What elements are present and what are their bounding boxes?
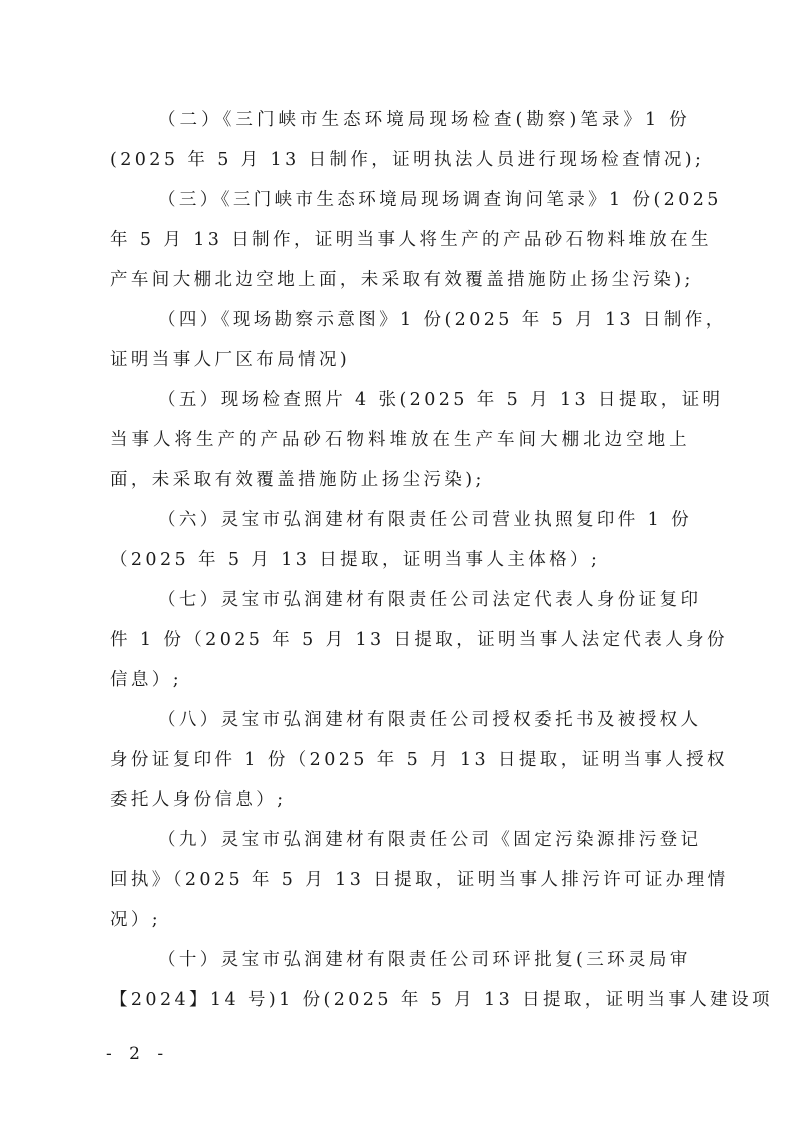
evidence-item-5-line-1: （五）现场检查照片 4 张(2025 年 5 月 13 日提取，证明 — [158, 388, 690, 412]
evidence-item-10-line-1: （十）灵宝市弘润建材有限责任公司环评批复(三环灵局审 — [158, 948, 690, 972]
evidence-item-4-line-1: （四）《现场勘察示意图》1 份(2025 年 5 月 13 日制作， — [158, 308, 690, 332]
page-number: - 2 - — [106, 1042, 169, 1066]
evidence-item-9-line-2: 回执》（2025 年 5 月 13 日提取，证明当事人排污许可证办理情 — [110, 868, 690, 892]
evidence-item-8-line-2: 身份证复印件 1 份（2025 年 5 月 13 日提取，证明当事人授权 — [110, 748, 690, 772]
evidence-item-10-line-2: 【2024】14 号)1 份(2025 年 5 月 13 日提取，证明当事人建设… — [110, 988, 690, 1012]
evidence-item-4-line-2: 证明当事人厂区布局情况) — [110, 348, 690, 372]
evidence-item-5-line-2: 当事人将生产的产品砂石物料堆放在生产车间大棚北边空地上 — [110, 428, 690, 452]
evidence-item-7-line-3: 信息）; — [110, 668, 690, 692]
evidence-item-8-line-1: （八）灵宝市弘润建材有限责任公司授权委托书及被授权人 — [158, 708, 690, 732]
document-page: （二）《三门峡市生态环境局现场检查(勘察)笔录》1 份 (2025 年 5 月 … — [0, 0, 793, 1122]
evidence-item-2-line-2: (2025 年 5 月 13 日制作，证明执法人员进行现场检查情况); — [110, 148, 690, 172]
evidence-item-8-line-3: 委托人身份信息）; — [110, 788, 690, 812]
evidence-item-6-line-1: （六）灵宝市弘润建材有限责任公司营业执照复印件 1 份 — [158, 508, 690, 532]
evidence-item-5-line-3: 面，未采取有效覆盖措施防止扬尘污染); — [110, 468, 690, 492]
evidence-item-6-line-2: （2025 年 5 月 13 日提取，证明当事人主体格）; — [110, 548, 690, 572]
evidence-item-9-line-1: （九）灵宝市弘润建材有限责任公司《固定污染源排污登记 — [158, 828, 690, 852]
evidence-item-2-line-1: （二）《三门峡市生态环境局现场检查(勘察)笔录》1 份 — [158, 108, 690, 132]
evidence-item-7-line-1: （七）灵宝市弘润建材有限责任公司法定代表人身份证复印 — [158, 588, 690, 612]
evidence-item-9-line-3: 况）; — [110, 908, 690, 932]
evidence-item-3-line-3: 产车间大棚北边空地上面，未采取有效覆盖措施防止扬尘污染); — [110, 268, 690, 292]
evidence-item-3-line-2: 年 5 月 13 日制作，证明当事人将生产的产品砂石物料堆放在生 — [110, 228, 690, 252]
evidence-item-7-line-2: 件 1 份（2025 年 5 月 13 日提取，证明当事人法定代表人身份 — [110, 628, 690, 652]
evidence-item-3-line-1: （三）《三门峡市生态环境局现场调查询问笔录》1 份(2025 — [158, 188, 690, 212]
